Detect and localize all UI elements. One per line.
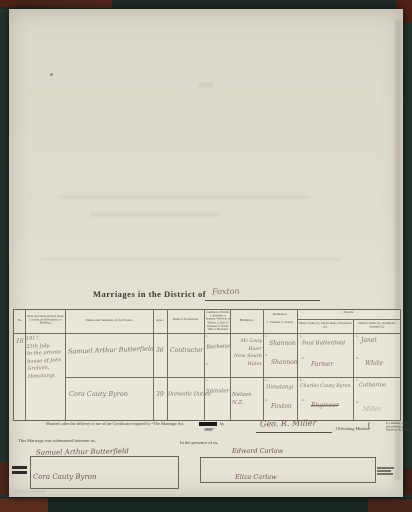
printed-mark: 1.: [265, 379, 267, 382]
table-line: [297, 319, 400, 320]
minister-note: If a Minister, stateDenomination; if aRe…: [372, 422, 398, 444]
table-line: [65, 377, 400, 378]
groom-name: Samuel Arthur Butterfield: [68, 344, 154, 355]
minister-label: , Officiating Minister: [334, 427, 370, 431]
witness-signature-box: [200, 457, 376, 483]
bride-signature: Cora Cauty Byron: [33, 473, 97, 481]
groom-mother-name: Janet: [361, 337, 377, 344]
stamp-line: [377, 467, 394, 469]
leather-corner-bottom-left: [0, 498, 48, 512]
ghost-line: [60, 196, 310, 198]
entry-number: 16: [16, 338, 24, 345]
brace-glyph: {: [367, 421, 371, 430]
witness-2-signature: Eliza Carlaw: [235, 473, 277, 481]
leather-edge-left: [0, 462, 9, 494]
page-speck: [50, 73, 53, 76]
header-residence: Residence:1. Present. 2. Usual.: [264, 313, 297, 328]
bride-rank: Domestic Duties: [168, 391, 210, 397]
bride-residence-usual: Foxton: [271, 403, 292, 410]
act-year: 1908”: [204, 428, 215, 432]
photo-frame: Marriages in the District of Foxton No. …: [0, 0, 412, 512]
margin-smudge: [14, 490, 46, 493]
header-birthplace: Birthplace.: [231, 319, 263, 326]
header-ages: Ages.: [153, 319, 167, 326]
solemnized-label: This Marriage was solemnized between us,: [18, 439, 96, 444]
header-father: Father's Name (1), and his Rank or Profe…: [298, 322, 353, 336]
district-handwritten: Foxton: [212, 286, 240, 299]
leather-corner-bottom-right: [368, 499, 412, 512]
bride-residence-present: Himatangi: [266, 384, 293, 390]
printed-mark: 1.: [356, 335, 358, 338]
printed-mark: 1.: [265, 335, 267, 338]
margin-stamp: [12, 466, 27, 469]
leather-edge-right: [404, 468, 412, 495]
title-underline: [205, 300, 320, 301]
table-line: [167, 310, 168, 420]
bride-name: Cora Cauty Byron: [69, 390, 128, 398]
groom-age: 36: [156, 347, 164, 354]
printed-mark: 2.: [356, 401, 358, 404]
ghost-line: [90, 213, 220, 216]
printed-mark: 2.: [206, 363, 208, 366]
minister-signature-line: [256, 432, 332, 433]
groom-birthplace: Mc Leay RiverNew SouthWales: [231, 338, 262, 368]
bride-father-rank: Engineer: [311, 402, 339, 409]
bride-condition: Spinster: [206, 388, 229, 394]
groom-father-rank: Farmer: [311, 361, 333, 368]
groom-condition: Bachelor: [206, 343, 231, 350]
table-line: [153, 310, 154, 420]
header-parents-group: Parents.: [297, 311, 400, 318]
printed-mark: 2.: [302, 357, 304, 360]
printed-mark: 1.: [300, 379, 302, 382]
header-names: Names and Surnames of the Parties.: [66, 319, 153, 326]
witness-1-signature: Edward Carlaw: [232, 447, 283, 455]
page-smudge: [198, 83, 214, 87]
bride-mother-name: Catherine: [359, 382, 386, 388]
minister-signature: Geo. R. Miller: [260, 419, 317, 429]
when-where-entry: 1917.25th July.In the privatehouse of Jo…: [26, 334, 66, 381]
form-title: Marriages in the District of: [93, 289, 206, 299]
margin-stamp: [12, 471, 27, 474]
header-rank: Rank or Profession.: [168, 318, 204, 325]
groom-father-name: Paul Butterfield: [302, 340, 345, 346]
leather-corner-top-right: [0, 0, 112, 8]
bride-mother-maiden: Miller: [363, 406, 381, 413]
printed-mark: 2.: [302, 399, 304, 402]
stamp-line: [377, 473, 393, 475]
printed-mark: 1.: [206, 379, 208, 382]
printed-mark: 2.: [265, 354, 267, 357]
by-word: by: [220, 422, 224, 426]
stamp-line: [377, 470, 391, 472]
groom-residence-usual: Shannon: [271, 359, 298, 366]
bride-age: 39: [156, 391, 164, 398]
bride-father-name: Charles Cauty Byron: [300, 383, 351, 389]
redaction-mark: [199, 422, 217, 426]
bride-birthplace: Nelson N.Z.: [232, 391, 262, 408]
groom-rank: Contractor: [170, 347, 203, 354]
header-mother: Mother's Name (1), and Maiden Surname (2…: [354, 322, 400, 336]
groom-signature: Samuel Arthur Butterfield: [36, 447, 129, 457]
printed-mark: 1.: [300, 335, 302, 338]
fold-stamp: [377, 467, 394, 476]
groom-mother-maiden: White: [365, 360, 383, 367]
groom-residence-present: Shannon: [269, 340, 296, 347]
register-table: No. When and where married. (Date, Local…: [13, 309, 401, 421]
printed-mark: 1.: [206, 335, 208, 338]
printed-mark: 2.: [356, 357, 358, 360]
printed-mark: 2.: [265, 399, 267, 402]
frame-bottom-band: [0, 497, 412, 512]
ghost-line: [40, 258, 340, 260]
married-declaration: Married, after the delivery to me of the…: [46, 422, 184, 426]
header-no: No.: [14, 319, 25, 326]
presence-label: In the presence of us,: [180, 441, 218, 446]
